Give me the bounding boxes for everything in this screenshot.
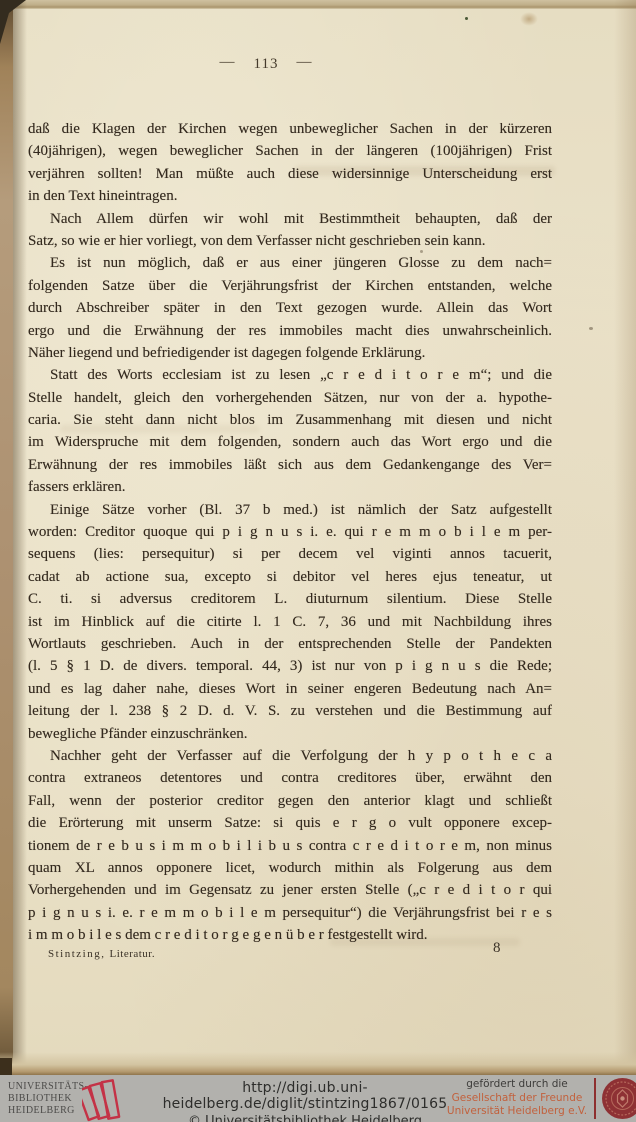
text-line: p i g n u s i. e. r e m m o b i l e m pe… — [28, 902, 552, 924]
document-link-block: http://digi.ub.uni-heidelberg.de/diglit/… — [120, 1080, 490, 1122]
text-line: ist im Hinblick auf die citirte l. 1 C. … — [28, 611, 552, 633]
signature-line: Stintzing, Literatur. 8 — [48, 944, 552, 962]
scanned-page: —113— daß die Klagen der Kirchen wegen u… — [0, 0, 636, 1122]
library-footer-bar: UNIVERSITÄTS- BIBLIOTHEK HEIDELBERG http… — [0, 1075, 636, 1122]
text-line: verjähren sollten! Man müßte auch diese … — [28, 163, 552, 185]
text-line: folgenden Satze über die Verjährungsfris… — [28, 275, 552, 297]
text-line: fassers erklären. — [28, 476, 552, 498]
text-line: Vorhergehenden und im Gegensatz zu jener… — [28, 879, 552, 901]
funding-credit: gefördert durch die Gesellschaft der Fre… — [443, 1078, 591, 1119]
bottom-page-edge — [0, 1052, 636, 1075]
text-line: leitung der l. 238 § 2 D. d. V. S. zu ve… — [28, 700, 552, 722]
text-line: Satz, so wie er hier vorliegt, von dem V… — [28, 230, 552, 252]
page-number: 113 — [254, 56, 279, 72]
text-line: cadat ab actione sua, excepto si debitor… — [28, 566, 552, 588]
text-line: bewegliche Pfänder einzuschränken. — [28, 723, 552, 745]
text-line: Einige Sätze vorher (Bl. 37 b med.) ist … — [28, 499, 552, 521]
body-text: daß die Klagen der Kirchen wegen unbeweg… — [28, 118, 552, 946]
header-dash-right: — — [296, 54, 312, 70]
text-line: C. ti. si adversus creditorem L. diuturn… — [28, 588, 552, 610]
right-page-edge — [614, 0, 636, 1122]
text-line: in den Text hineintragen. — [28, 185, 552, 207]
book-binding-edge — [0, 0, 13, 1122]
binding-shadow — [13, 0, 27, 1122]
library-name-line1: UNIVERSITÄTS- — [8, 1081, 88, 1093]
library-name: UNIVERSITÄTS- BIBLIOTHEK HEIDELBERG — [8, 1081, 88, 1117]
text-line: und es lag daher nahe, dieses Wort in se… — [28, 678, 552, 700]
text-line: Nachher geht der Verfasser auf die Verfo… — [28, 745, 552, 767]
text-line: Wortlauts geschrieben. Auch in der entsp… — [28, 633, 552, 655]
text-line: tionem de r e b u s i m m o b i l i b u … — [28, 835, 552, 857]
text-line: worden: Creditor quoque qui p i g n u s … — [28, 521, 552, 543]
text-line: Stelle handelt, gleich den vorhergehende… — [28, 387, 552, 409]
text-line: sequens (lies: persequitur) si per decem… — [28, 543, 552, 565]
library-name-line2: BIBLIOTHEK — [8, 1093, 88, 1105]
footer-divider — [594, 1078, 596, 1119]
text-line: Nach Allem dürfen wir wohl mit Bestimmth… — [28, 208, 552, 230]
text-line: durch Abschreiber später in den Text gez… — [28, 297, 552, 319]
library-books-icon — [82, 1076, 124, 1122]
page-header: —113— — [166, 56, 366, 73]
text-line: Erwähnung der res immobiles läßt sich au… — [28, 454, 552, 476]
text-line: daß die Klagen der Kirchen wegen unbeweg… — [28, 118, 552, 140]
bottom-corner-shadow — [0, 1058, 12, 1075]
top-page-edge — [0, 0, 636, 9]
text-line: quam XL annos opponere licet, wodurch mi… — [28, 857, 552, 879]
header-dash-left: — — [220, 54, 236, 70]
library-name-line3: HEIDELBERG — [8, 1105, 88, 1117]
funding-line1: gefördert durch die — [443, 1078, 591, 1092]
text-line: Statt des Worts ecclesiam ist zu lesen „… — [28, 364, 552, 386]
text-line: Näher liegend und befriedigender ist dag… — [28, 342, 552, 364]
university-seal-icon — [601, 1077, 636, 1120]
text-line: (l. 5 § 1 D. de divers. temporal. 44, 3)… — [28, 655, 552, 677]
text-line: contra extraneos detentores und contra c… — [28, 767, 552, 789]
funding-line2: Gesellschaft der Freunde — [443, 1092, 591, 1106]
text-line: Es ist nun möglich, daß er aus einer jün… — [28, 252, 552, 274]
text-line: die Erörterung mit unserm Satze: si quis… — [28, 812, 552, 834]
funding-line3: Universität Heidelberg e.V. — [443, 1105, 591, 1119]
sheet-number: 8 — [493, 940, 501, 957]
author-signature: Stintzing, — [48, 948, 105, 960]
text-line: caria. Sie steht dann nicht blos im Zusa… — [28, 409, 552, 431]
text-line: im Widerspruche mit dem folgenden, sonde… — [28, 431, 552, 453]
text-line: ergo und die Erwähnung der res immobiles… — [28, 320, 552, 342]
text-line: (40jährigen), wegen beweglicher Sachen i… — [28, 140, 552, 162]
copyright-notice: © Universitätsbibliothek Heidelberg — [120, 1114, 490, 1122]
work-title: Literatur. — [109, 948, 155, 960]
document-url[interactable]: http://digi.ub.uni-heidelberg.de/diglit/… — [120, 1080, 490, 1112]
text-line: Fall, wenn der posterior creditor gegen … — [28, 790, 552, 812]
